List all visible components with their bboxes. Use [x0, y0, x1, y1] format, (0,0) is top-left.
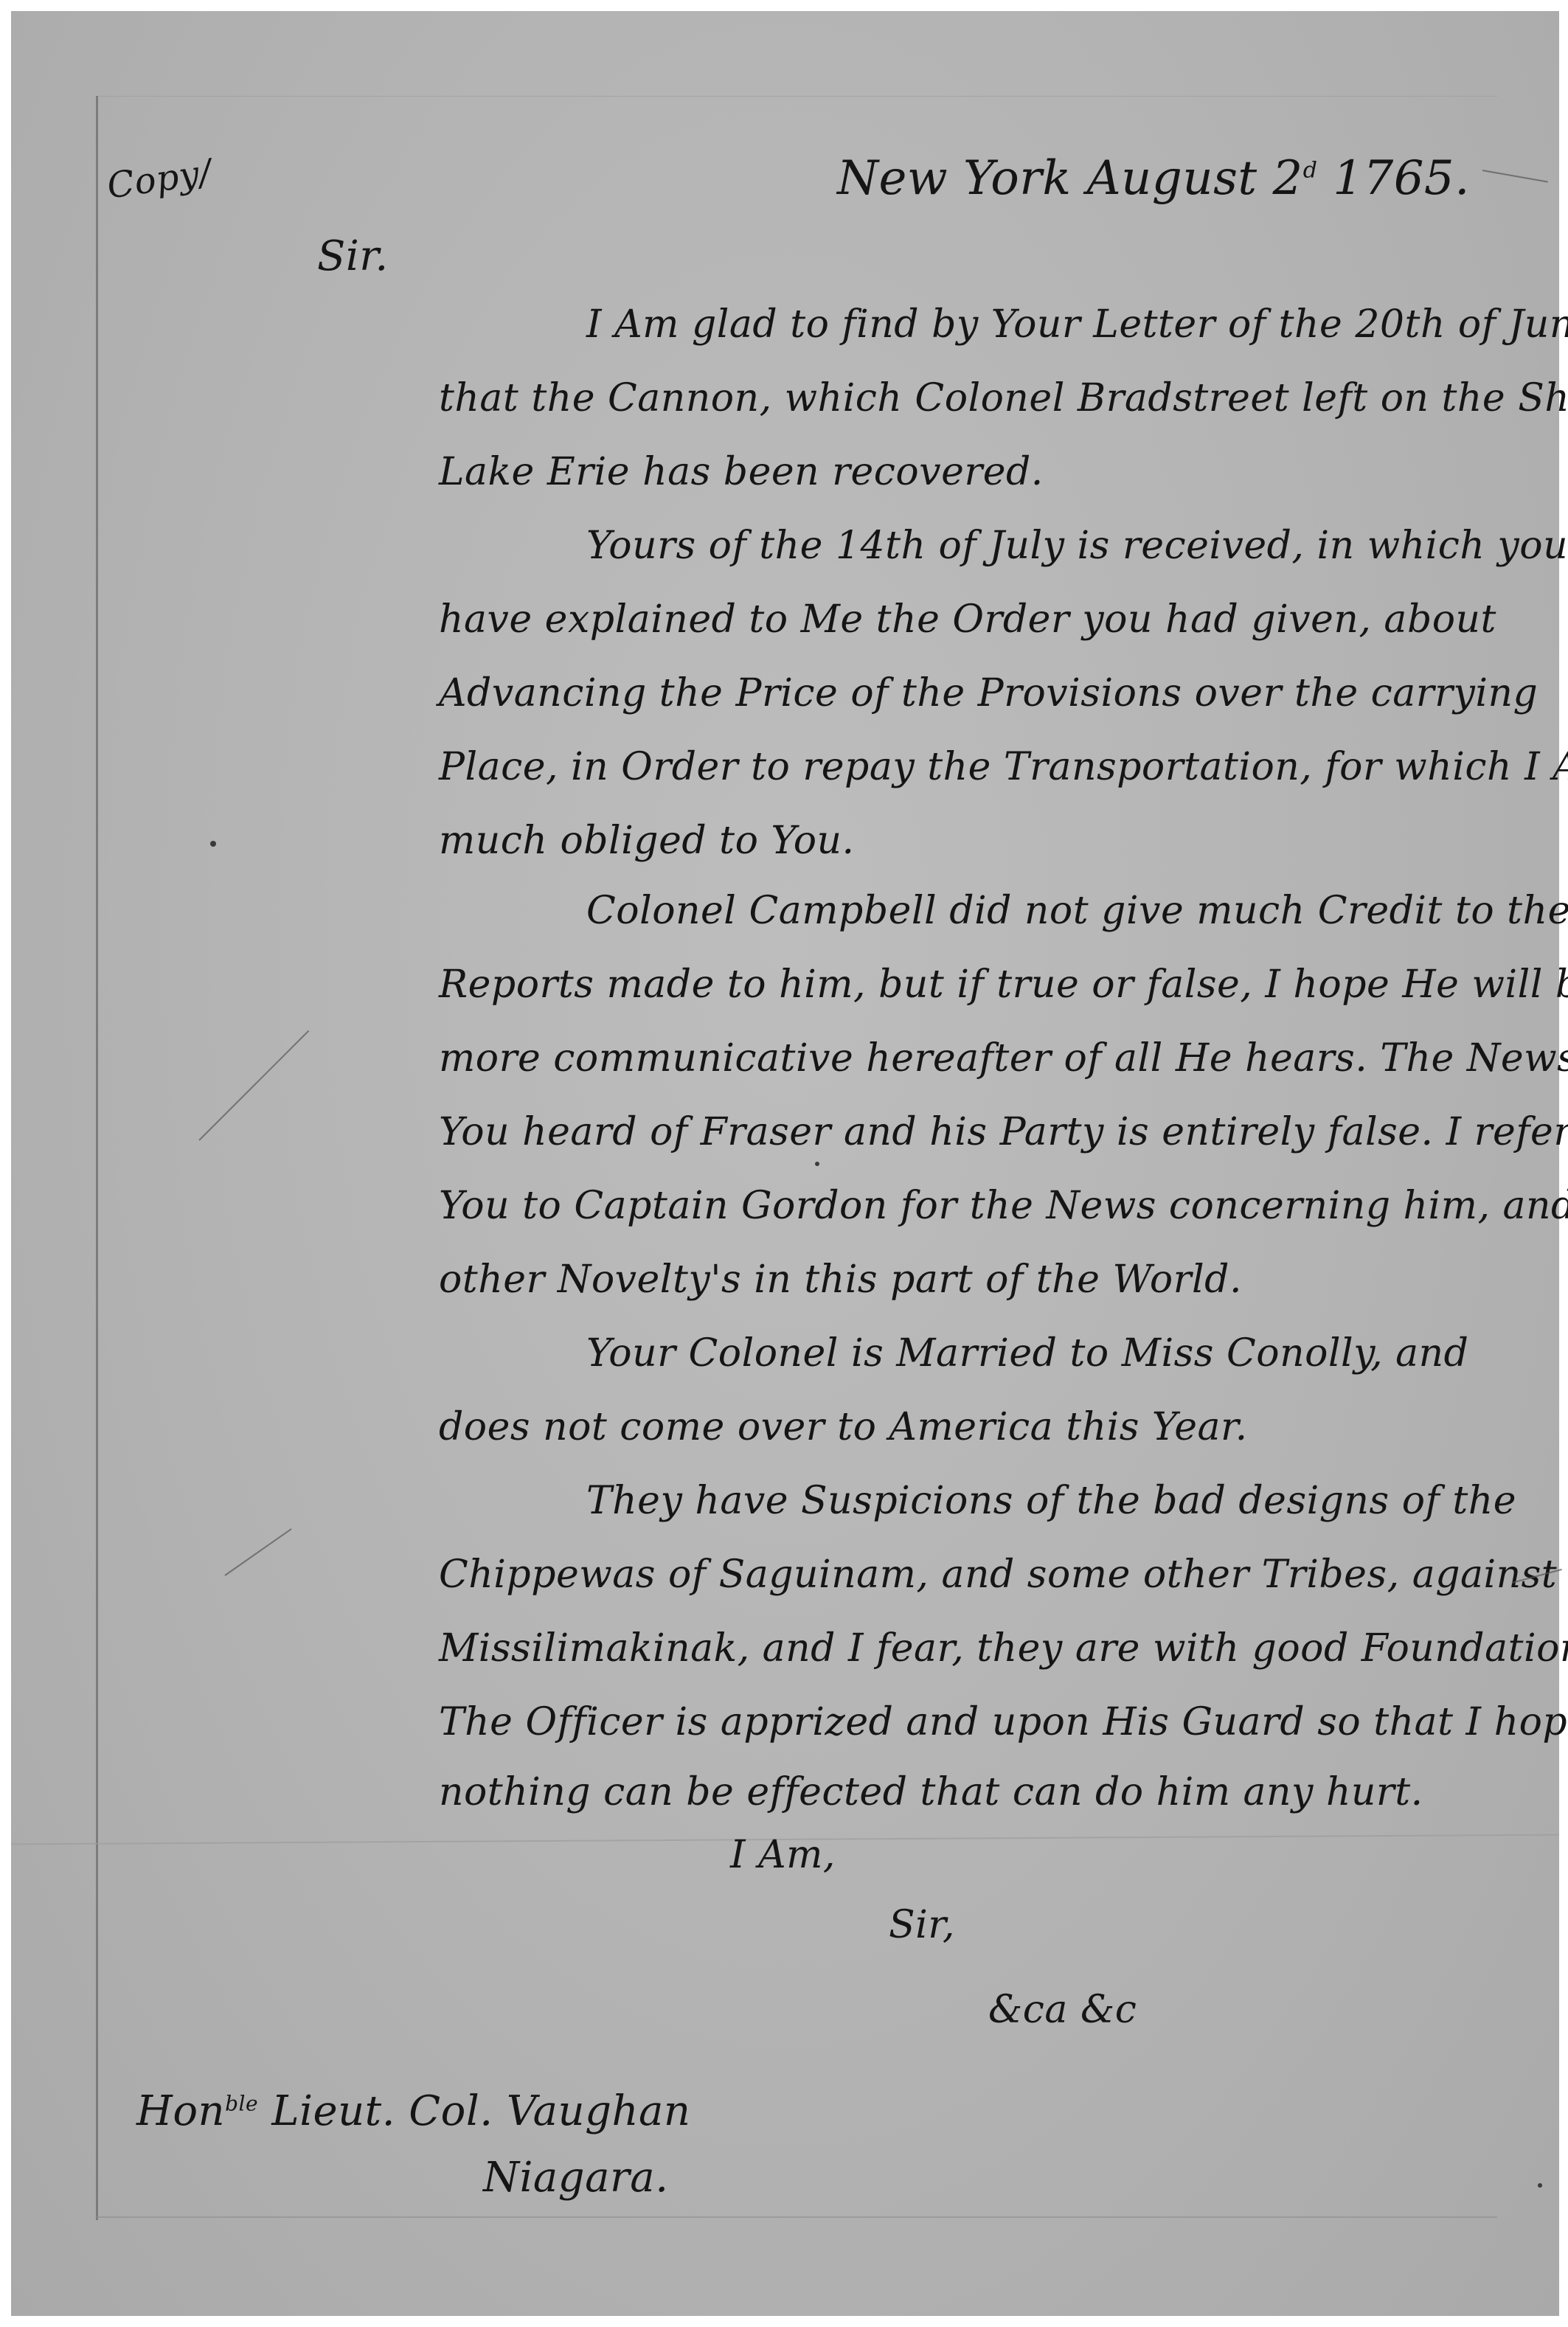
body-line: much obliged to You.	[439, 819, 855, 863]
body-line: Chippewas of Saguinam, and some other Tr…	[439, 1553, 1557, 1597]
closing-i-am: I Am,	[730, 1833, 836, 1877]
addressee-honorific: Hon	[136, 2087, 225, 2135]
body-line: Colonel Campbell did not give much Credi…	[586, 889, 1568, 933]
body-line: does not come over to America this Year.	[439, 1405, 1248, 1449]
bottom-ruled-line	[96, 2216, 1497, 2218]
addressee-rank-name: Lieut. Col. Vaughan	[258, 2087, 690, 2135]
dateline: New York August 2d 1765.	[837, 151, 1470, 206]
copy-mark: Copy/	[105, 151, 215, 207]
body-line: Missilimakinak, and I fear, they are wit…	[439, 1626, 1568, 1671]
body-line: that the Cannon, which Colonel Bradstree…	[439, 376, 1568, 420]
body-line: Yours of the 14th of July is received, i…	[586, 524, 1568, 568]
ink-speck	[210, 841, 216, 847]
body-line: more communicative hereafter of all He h…	[439, 1036, 1568, 1081]
body-line: have explained to Me the Order you had g…	[439, 597, 1496, 642]
stray-mark	[224, 1528, 291, 1576]
ink-speck	[815, 1162, 819, 1166]
dateline-place: New York	[837, 151, 1072, 206]
body-line: Reports made to him, but if true or fals…	[439, 963, 1568, 1007]
ink-speck	[1538, 2183, 1542, 2188]
body-line: The Officer is apprized and upon His Gua…	[439, 1700, 1568, 1744]
manuscript-page: Copy/ New York August 2d 1765. Sir. I Am…	[11, 11, 1559, 2316]
body-line: They have Suspicions of the bad designs …	[586, 1479, 1516, 1523]
body-line: Place, in Order to repay the Transportat…	[439, 745, 1568, 789]
dateline-year: 1765.	[1333, 151, 1470, 206]
body-line: Lake Erie has been recovered.	[439, 450, 1044, 494]
body-line: nothing can be effected that can do him …	[439, 1770, 1423, 1814]
body-line: Your Colonel is Married to Miss Conolly,…	[586, 1331, 1468, 1376]
salutation: Sir.	[317, 232, 389, 280]
body-line: You to Captain Gordon for the News conce…	[439, 1184, 1568, 1228]
body-line: Advancing the Price of the Provisions ov…	[439, 671, 1538, 715]
dateline-day-suffix: d	[1303, 158, 1318, 184]
top-ruled-line	[96, 96, 1497, 97]
closing-sir: Sir,	[889, 1903, 955, 1947]
stray-mark	[1482, 170, 1548, 183]
addressee-honorific-sup: ble	[225, 2091, 258, 2115]
addressee-name: Honble Lieut. Col. Vaughan	[136, 2087, 690, 2135]
body-line: I Am glad to find by Your Letter of the …	[586, 302, 1568, 347]
body-line: other Novelty's in this part of the Worl…	[439, 1258, 1242, 1302]
dateline-day: 2	[1272, 151, 1302, 206]
stray-mark	[198, 1030, 309, 1141]
body-line: You heard of Fraser and his Party is ent…	[439, 1110, 1568, 1154]
dateline-month: August	[1086, 151, 1257, 206]
addressee-location: Niagara.	[483, 2154, 669, 2202]
closing-etcetera: &ca &c	[988, 1988, 1137, 2032]
left-margin-line	[96, 96, 98, 2220]
